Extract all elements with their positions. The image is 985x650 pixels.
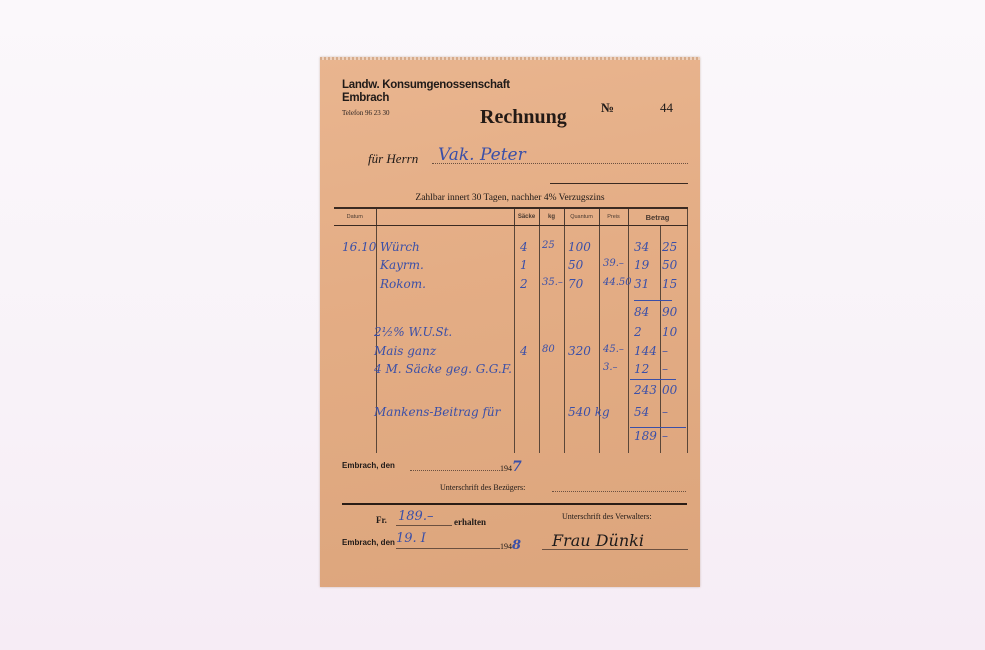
header-saecke: Säcke xyxy=(514,208,539,226)
date-line xyxy=(410,470,500,471)
cell-betrag-rp: 00 xyxy=(662,383,677,397)
received-suffix: erhalten xyxy=(454,517,486,527)
cell-quantum: 70 xyxy=(568,277,583,291)
cell-description: Rokom. xyxy=(380,277,426,291)
receipt-place-label: Embrach, den xyxy=(342,538,395,547)
header-description xyxy=(376,208,514,226)
cell-betrag-rp: – xyxy=(662,344,668,358)
company-header: Landw. Konsumgenossenschaft Embrach xyxy=(342,79,510,105)
header-betrag: Betrag xyxy=(628,208,687,226)
company-city: Embrach xyxy=(342,92,510,105)
recipient-signature-label: Unterschrift des Bezügers: xyxy=(440,483,525,492)
year-printed-2: 194 xyxy=(500,542,512,551)
cell-saecke: 1 xyxy=(520,258,528,272)
received-prefix: Fr. xyxy=(376,515,387,525)
number-label: № xyxy=(601,100,614,116)
cell-betrag-fr: 12 xyxy=(634,362,649,376)
subtotal-line-2 xyxy=(630,379,676,380)
cell-betrag-fr: 54 xyxy=(634,405,649,419)
cell-description: Würch xyxy=(380,240,420,254)
header-kg: kg xyxy=(539,208,564,226)
receipt-date: 19. I xyxy=(396,531,426,546)
total-line xyxy=(630,427,686,428)
cell-betrag-fr: 19 xyxy=(634,258,649,272)
cell-betrag-fr: 189 xyxy=(634,429,657,443)
cell-quantum: 100 xyxy=(568,240,591,254)
manager-signature-label: Unterschrift des Verwalters: xyxy=(562,512,652,521)
cell-description: Kayrm. xyxy=(380,258,424,272)
cell-betrag-rp: 50 xyxy=(662,258,677,272)
year-hand-1: 7 xyxy=(512,459,522,475)
amount-line xyxy=(396,525,452,526)
col-kg xyxy=(539,226,564,454)
cell-betrag-fr: 31 xyxy=(634,277,649,291)
year-hand-2: 8 xyxy=(512,538,521,553)
customer-name: Vak. Peter xyxy=(438,145,526,165)
section-divider xyxy=(342,503,687,505)
manager-signature-line xyxy=(542,549,688,550)
cell-quantum: 540 kg xyxy=(568,405,610,419)
cell-betrag-fr: 84 xyxy=(634,305,649,319)
cell-betrag-rp: 25 xyxy=(662,240,677,254)
cell-saecke: 4 xyxy=(520,240,528,254)
cell-description: 4 M. Säcke geg. G.G.F. xyxy=(374,362,512,376)
cell-betrag-fr: 243 xyxy=(634,383,657,397)
cell-kg: 25 xyxy=(542,240,555,251)
cell-quantum: 320 xyxy=(568,344,591,358)
cell-betrag-rp: 90 xyxy=(662,305,677,319)
cell-betrag-fr: 2 xyxy=(634,325,642,339)
header-datum: Datum xyxy=(334,208,376,226)
cell-preis: 45.– xyxy=(603,344,624,355)
payment-terms: Zahlbar innert 30 Tagen, nachher 4% Verz… xyxy=(320,193,700,203)
cell-betrag-rp: – xyxy=(662,405,668,419)
year-printed-1: 194 xyxy=(500,464,512,473)
place-date-label: Embrach, den xyxy=(342,461,395,470)
manager-signature: Frau Dünki xyxy=(552,531,644,550)
year-1: 1947 xyxy=(500,459,522,475)
cell-description: Mais ganz xyxy=(374,344,436,358)
invoice-paper: Landw. Konsumgenossenschaft Embrach Tele… xyxy=(320,57,700,587)
cell-description: Mankens-Beitrag für xyxy=(374,405,500,419)
cell-preis: 3.– xyxy=(603,362,618,373)
cell-preis: 44.50 xyxy=(603,277,632,288)
table-header: Datum Säcke kg Quantum Preis Betrag xyxy=(334,208,687,226)
subtotal-line-1 xyxy=(634,300,672,301)
cell-betrag-fr: 144 xyxy=(634,344,657,358)
cell-kg: 35.– xyxy=(542,277,563,288)
cell-saecke: 2 xyxy=(520,277,528,291)
cell-quantum: 50 xyxy=(568,258,583,272)
telephone: Telefon 96 23 30 xyxy=(342,109,390,117)
divider xyxy=(550,183,688,184)
cell-saecke: 4 xyxy=(520,344,528,358)
header-preis: Preis xyxy=(599,208,628,226)
col-datum xyxy=(334,226,376,454)
cell-datum: 16.10 xyxy=(342,240,376,254)
cell-description: 2½% W.U.St. xyxy=(374,325,452,339)
recipient-signature-line xyxy=(552,491,686,492)
company-name: Landw. Konsumgenossenschaft xyxy=(342,79,510,92)
receipt-date-line xyxy=(396,548,500,549)
customer-label: für Herrn xyxy=(368,151,418,167)
cell-betrag-rp: 10 xyxy=(662,325,677,339)
header-quantum: Quantum xyxy=(564,208,599,226)
invoice-title: Rechnung xyxy=(480,106,567,129)
invoice-number: 44 xyxy=(660,100,673,116)
receipt-place-text: Embrach, den xyxy=(342,538,395,547)
cell-betrag-fr: 34 xyxy=(634,240,649,254)
cell-kg: 80 xyxy=(542,344,555,355)
cell-betrag-rp: – xyxy=(662,429,668,443)
cell-preis: 39.– xyxy=(603,258,624,269)
received-amount: 189.– xyxy=(398,509,433,524)
cell-betrag-rp: 15 xyxy=(662,277,677,291)
place-date-text: Embrach, den xyxy=(342,461,395,470)
cell-betrag-rp: – xyxy=(662,362,668,376)
year-2: 1948 xyxy=(500,538,521,553)
